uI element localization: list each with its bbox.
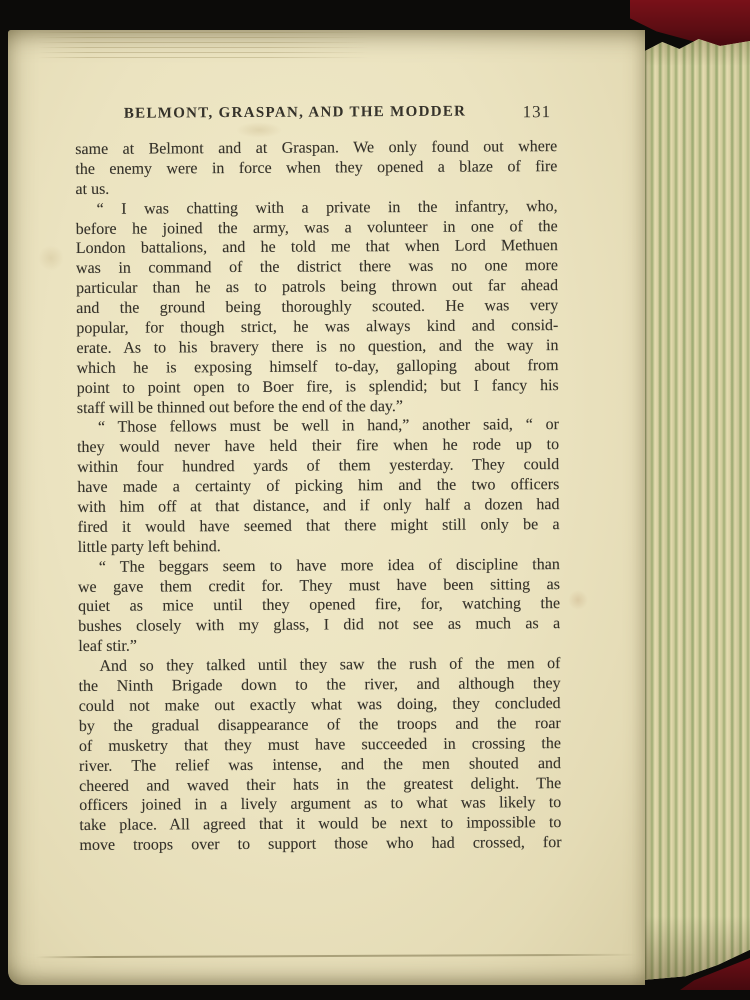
text-line: could not make out exactly what was doin…: [79, 694, 561, 717]
text-line: by the gradual disappearance of the troo…: [79, 714, 561, 737]
paragraph: “ I was chatting with a private in the i…: [76, 197, 559, 419]
book-page: BELMONT, GRASPAN, AND THE MODDER 131 sam…: [8, 30, 645, 985]
paper-stain: [38, 245, 64, 271]
text-block: same at Belmont and at Graspan. We only …: [75, 137, 561, 856]
chapter-running-title: BELMONT, GRASPAN, AND THE MODDER: [75, 103, 557, 123]
text-line: “ The beggars seem to have more idea of …: [78, 555, 560, 578]
text-line: fired it would have seemed that there mi…: [78, 515, 560, 538]
text-line: point to point open to Boer fire, is spl…: [77, 376, 559, 399]
text-line: of musketry that they must have succeede…: [79, 734, 561, 757]
paragraph: “ The beggars seem to have more idea of …: [78, 555, 561, 657]
printed-content: BELMONT, GRASPAN, AND THE MODDER 131 sam…: [75, 103, 562, 856]
text-line: popular, for though strict, he was alway…: [76, 316, 558, 339]
fore-edge-page-stack: [643, 36, 750, 980]
text-line: same at Belmont and at Graspan. We only …: [75, 137, 557, 160]
running-header: BELMONT, GRASPAN, AND THE MODDER 131: [75, 103, 557, 128]
text-line: the enemy were in force when they opened…: [75, 157, 557, 180]
underlying-page-top-edges: [38, 32, 368, 60]
paragraph: “ Those fellows must be well in hand,” a…: [77, 416, 560, 558]
paragraph: same at Belmont and at Graspan. We only …: [75, 137, 557, 200]
text-line: “ I was chatting with a private in the i…: [76, 197, 558, 220]
paper-stain: [568, 590, 588, 610]
text-line: bushes closely with my glass, I did not …: [78, 614, 560, 637]
paragraph: And so they talked until they saw the ru…: [78, 654, 561, 856]
underlying-page-bottom-edge: [36, 954, 636, 959]
text-line: which he is exposing himself to-day, gal…: [77, 356, 559, 379]
text-line: erate. As to his bravery there is no que…: [76, 336, 558, 359]
text-line: river. The relief was intense, and the m…: [79, 754, 561, 777]
page-number: 131: [522, 102, 551, 122]
text-line: move troops over to support those who ha…: [79, 833, 561, 856]
